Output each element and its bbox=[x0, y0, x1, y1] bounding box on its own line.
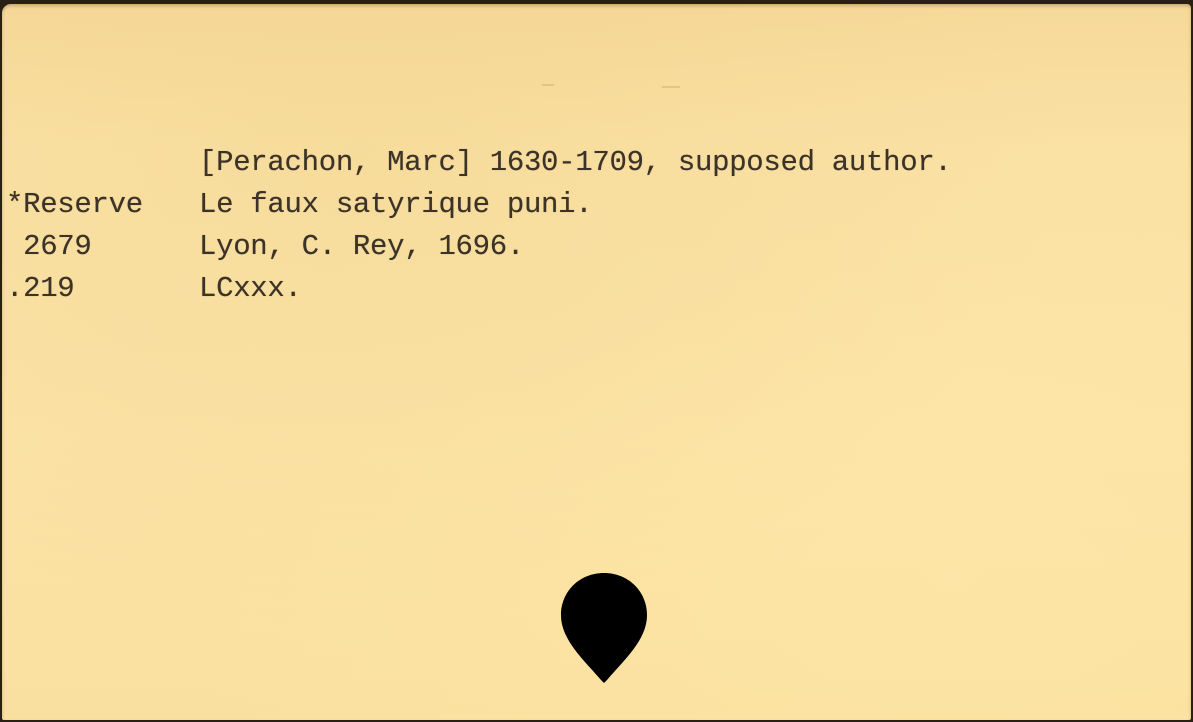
catalog-card: [Perachon, Marc] 1630-1709, supposed aut… bbox=[2, 4, 1191, 720]
smudge-mark bbox=[542, 84, 554, 86]
call-number-class: 2679 bbox=[6, 230, 92, 263]
call-number-location: *Reserve bbox=[6, 188, 143, 221]
author-heading: [Perachon, Marc] 1630-1709, supposed aut… bbox=[199, 146, 952, 179]
title-line: Le faux satyrique puni. bbox=[199, 188, 592, 221]
imprint-line: Lyon, C. Rey, 1696. bbox=[199, 230, 524, 263]
smudge-mark bbox=[662, 86, 680, 88]
punch-hole-icon bbox=[559, 570, 649, 684]
note-line: LCxxx. bbox=[199, 272, 302, 305]
call-number-cutter: .219 bbox=[6, 272, 74, 305]
